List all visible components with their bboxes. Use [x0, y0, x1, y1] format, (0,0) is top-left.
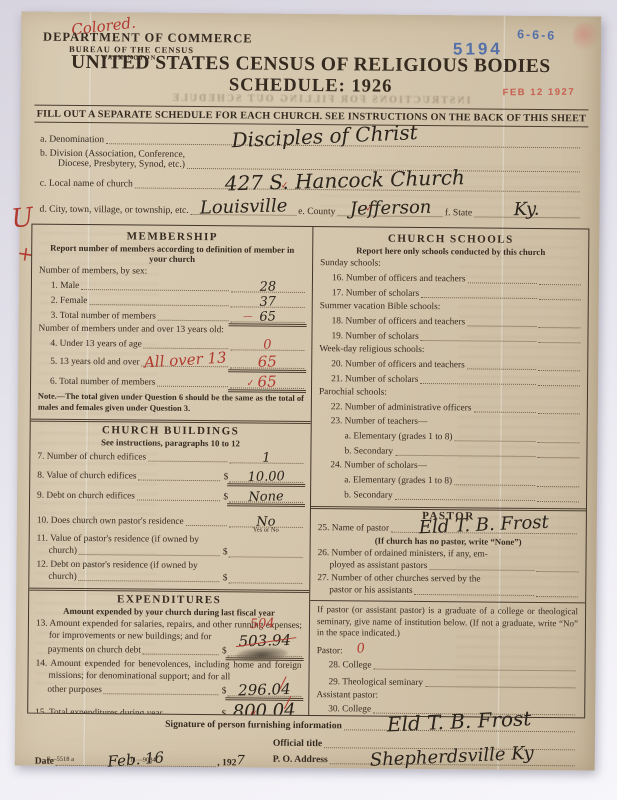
- q27-field: [536, 586, 578, 597]
- left-column: MEMBERSHIP Report number of members acco…: [28, 225, 313, 715]
- q2-value: 37: [259, 294, 276, 309]
- q27-label-tail: pastor or his assistants: [317, 585, 413, 596]
- q11-leader: [79, 546, 220, 556]
- q1-field: 28: [231, 281, 305, 293]
- q5-leader: All over 13: [142, 358, 229, 368]
- church-name-field: 427 S. Hancock Church ✓: [135, 179, 580, 192]
- q9-value: None: [248, 489, 284, 505]
- q23b-row: b. Secondary: [318, 445, 579, 458]
- summer-bible-label: Summer vacation Bible schools:: [320, 301, 581, 313]
- q11-field: [229, 546, 303, 558]
- q26-row: 26. Number of ordained ministers, if any…: [317, 548, 578, 572]
- q24a-row: a. Elementary (grades 1 to 8): [318, 474, 579, 487]
- q15-field: 800.04 ∕∕: [227, 708, 301, 715]
- signature-row: Signature of person furnishing informati…: [165, 719, 577, 734]
- grad-pastor-label: Pastor:: [317, 646, 343, 656]
- q23b-field: [537, 447, 579, 458]
- q11-row: 11. Value of pastor's residence (if owne…: [37, 534, 303, 558]
- q14-value: 296.04: [238, 680, 291, 699]
- q23-row: 23. Number of teachers—: [319, 416, 580, 428]
- city-label: d. City, town, village, or township, etc…: [40, 204, 189, 216]
- q24-label: 24. Number of scholars—: [318, 460, 427, 471]
- q9-row: 9. Debt on church edifices $ None: [37, 490, 303, 503]
- q24b-label: b. Secondary: [318, 490, 393, 501]
- denomination-label: a. Denomination: [40, 134, 104, 146]
- q19-leader: [421, 332, 537, 342]
- q13-red-note: 504: [250, 616, 275, 632]
- q19-row: 19. Number of scholars: [319, 330, 580, 343]
- q7-leader: [148, 453, 227, 463]
- q14-row: 14. Amount expended for benevolences, in…: [35, 658, 301, 696]
- q7-field: 1: [229, 452, 303, 464]
- q28-row: 28. College: [317, 660, 578, 672]
- q15-leader: [165, 708, 219, 715]
- state-label: f. State: [445, 207, 472, 218]
- q9-leader: [137, 492, 221, 502]
- grad-pastor-value: 0: [356, 641, 365, 657]
- q4-value: 0: [263, 338, 272, 353]
- q21-row: 21. Number of scholars: [319, 373, 580, 386]
- q4-leader: [144, 340, 229, 350]
- membership-subtitle: Report number of members according to de…: [45, 243, 299, 265]
- q26-field: [536, 561, 578, 572]
- q2-field: 37: [231, 296, 305, 308]
- red-smudge: [573, 22, 599, 52]
- q30-label: 30. College: [316, 704, 371, 714]
- q3-label: 3. Total number of members: [39, 311, 156, 322]
- q25-field: Eld T. B. Frost: [391, 524, 577, 535]
- q10-label: 10. Does church own pastor's residence: [37, 516, 184, 527]
- q13-leader: [143, 645, 219, 655]
- q28-label: 28. College: [317, 660, 372, 670]
- q15-row: 15. Total expenditures during year $ 800…: [35, 706, 301, 715]
- dollar-sign: $: [222, 646, 227, 656]
- q22-row: 22. Number of administrative officers: [319, 401, 580, 414]
- q19-label: 19. Number of scholars: [319, 331, 418, 342]
- q23-label: 23. Number of teachers—: [319, 416, 428, 427]
- membership-note: Note.—The total given under Question 6 s…: [38, 392, 304, 415]
- q14-field: 296.04: [227, 685, 301, 697]
- q26-leader: [429, 561, 534, 571]
- red-double-tick: ∕∕: [249, 708, 280, 715]
- schools-title: CHURCH SCHOOLS: [320, 232, 581, 246]
- q7-value: 1: [262, 451, 271, 466]
- q20-field: [538, 360, 580, 371]
- q10-leader: [186, 517, 227, 526]
- state-field: Ky.: [474, 208, 580, 218]
- q13-row: 13. Amount expended for salaries, repair…: [36, 619, 302, 657]
- dollar-sign: $: [221, 709, 226, 715]
- division-label-2: Diocese, Presbytery, Synod, etc.): [58, 158, 185, 170]
- denomination-field: Disciples of Christ: [106, 135, 580, 148]
- q2-female-row: 2. Female 37: [39, 295, 305, 308]
- q23a-field: [538, 432, 580, 443]
- q18-row: 18. Number of officers and teachers: [320, 315, 581, 328]
- graduate-paragraph: If pastor (or assistant pastor) is a gra…: [317, 604, 578, 641]
- schools-subtitle: Report here only schools conducted by th…: [326, 245, 575, 257]
- city-value: Louisville: [199, 195, 287, 218]
- members-by-sex-label: Number of members, by sex:: [39, 266, 305, 278]
- q16-field: [539, 274, 581, 285]
- received-date-stamp: FEB 12 1927: [503, 87, 576, 99]
- q27-row: 27. Number of other churches served by t…: [317, 573, 578, 597]
- po-address-field: Shepherdsville Ky: [330, 755, 575, 766]
- date-year-value: 7: [236, 753, 244, 768]
- q13-field: 504 503.94: [228, 645, 302, 657]
- q18-label: 18. Number of officers and teachers: [320, 316, 466, 327]
- q1-label: 1. Male: [39, 281, 79, 291]
- q8-row: 8. Value of church edifices $ 10.00: [37, 470, 303, 483]
- yes-or-no-caption: Yes or No: [229, 526, 303, 534]
- red-check: ✓: [246, 377, 287, 389]
- q3-total-row: 3. Total number of members 65 —: [39, 310, 305, 323]
- q1-male-row: 1. Male 28: [39, 280, 305, 293]
- q12-label-tail: church): [36, 572, 76, 582]
- q3-leader: [158, 312, 229, 322]
- dollar-sign: $: [223, 547, 228, 557]
- q15-label: 15. Total expenditures during year: [35, 707, 163, 715]
- q5-value: 65: [257, 352, 277, 370]
- q5-over13-row: 5. 13 years old and over All over 13 65: [38, 356, 304, 369]
- q5-label: 5. 13 years old and over: [38, 357, 139, 368]
- q8-label: 8. Value of church edifices: [37, 471, 136, 482]
- q7-row: 7. Number of church edifices 1: [37, 451, 303, 464]
- state-value: Ky.: [514, 199, 540, 221]
- q22-label: 22. Number of administrative officers: [319, 402, 472, 413]
- q20-row: 20. Number of officers and teachers: [319, 358, 580, 371]
- q17-row: 17. Number of scholars: [320, 287, 581, 300]
- q12-leader: [79, 572, 220, 582]
- row-church-name: c. Local name of church 427 S. Hancock C…: [40, 178, 582, 194]
- q24-row: 24. Number of scholars—: [318, 460, 579, 472]
- q14-leader: [104, 685, 219, 695]
- row-denomination: a. Denomination Disciples of Christ: [40, 134, 582, 150]
- q18-leader: [467, 317, 537, 327]
- main-form-box: MEMBERSHIP Report number of members acco…: [27, 224, 589, 719]
- form-code-2: 11—9084: [130, 756, 156, 763]
- q25-row: 25. Name of pastor Eld T. B. Frost: [318, 523, 579, 535]
- q23b-leader: [395, 447, 536, 457]
- q9-field: None: [229, 491, 303, 503]
- signature-value: Eld T. B. Frost: [387, 706, 532, 736]
- signature-field: Eld T. B. Frost: [344, 721, 575, 732]
- q21-leader: [420, 375, 536, 385]
- q14-label-tail: other purposes: [35, 684, 102, 695]
- q5-overlay-note: All over 13: [143, 348, 227, 371]
- q19-field: [538, 332, 580, 343]
- q8-leader: [138, 472, 220, 482]
- q20-leader: [467, 360, 537, 370]
- q12-row: 12. Debt on pastor's residence (if owned…: [36, 560, 302, 584]
- q24b-field: [537, 491, 579, 502]
- section-rule: [310, 600, 585, 603]
- q6-total-row: 6. Total number of members 65 ✓: [38, 376, 304, 389]
- q3-field: 65 —: [231, 311, 305, 323]
- red-check: ✓: [365, 202, 416, 214]
- q7-label: 7. Number of church edifices: [37, 452, 146, 463]
- q12-field: [228, 572, 302, 584]
- dollar-sign: $: [223, 492, 228, 502]
- q25-value: Eld T. B. Frost: [419, 512, 550, 539]
- q4-under13-row: 4. Under 13 years of age 0: [38, 338, 304, 351]
- q17-label: 17. Number of scholars: [320, 288, 419, 299]
- dollar-sign: $: [222, 686, 227, 696]
- form-codes: 8—5518 a 11—9084: [47, 756, 156, 764]
- signature-label: Signature of person furnishing informati…: [165, 719, 342, 732]
- q17-leader: [421, 289, 537, 299]
- q8-value: 10.00: [247, 469, 285, 485]
- q28-field: [373, 660, 575, 671]
- weekday-label: Week-day religious schools:: [319, 344, 580, 356]
- q2-leader: [89, 296, 228, 306]
- code-stamp: 6-6-6: [517, 27, 557, 43]
- date-printed: , 192: [217, 757, 236, 768]
- q6-label: 6. Total number of members: [38, 377, 155, 388]
- q25-label: 25. Name of pastor: [318, 523, 389, 534]
- q23a-label: a. Elementary (grades 1 to 8): [319, 431, 453, 442]
- grad-pastor-row: Pastor: 0: [317, 641, 578, 658]
- q1-leader: [81, 281, 229, 291]
- sunday-schools-label: Sunday schools:: [320, 258, 581, 270]
- q9-label: 9. Debt on church edifices: [37, 491, 135, 502]
- county-label: e. County: [298, 206, 335, 217]
- city-field: Louisville: [191, 206, 297, 216]
- q24b-leader: [395, 491, 536, 501]
- census-form-paper: INSTRUCTIONS FOR FILLING OUT SCHEDULE U …: [15, 11, 602, 770]
- q16-leader: [468, 274, 538, 284]
- q6-leader: [157, 378, 228, 388]
- right-column: CHURCH SCHOOLS Report here only schools …: [309, 227, 588, 717]
- q5-field: 65: [230, 357, 304, 369]
- assistant-pastor-label: Assistant pastor:: [316, 690, 577, 702]
- q24a-field: [537, 476, 579, 487]
- q11-label-tail: church): [37, 546, 77, 556]
- q26-label-tail: ployed as assistant pastors: [317, 560, 427, 571]
- q1-value: 28: [259, 279, 276, 294]
- q22-field: [538, 403, 580, 414]
- q17-field: [539, 289, 581, 300]
- q27-leader: [415, 586, 535, 596]
- po-address-label: P. O. Address: [273, 754, 328, 765]
- q23a-leader: [454, 432, 535, 442]
- official-title-label: Official title: [273, 738, 322, 749]
- church-name-label: c. Local name of church: [40, 178, 133, 190]
- q29-label: 29. Theological seminary: [316, 677, 423, 688]
- dollar-sign: $: [223, 573, 228, 583]
- row-city-county-state: d. City, town, village, or township, etc…: [40, 204, 582, 220]
- q24a-leader: [454, 476, 535, 486]
- buildings-subtitle: See instructions, paragraphs 10 to 12: [44, 437, 298, 449]
- q4-label: 4. Under 13 years of age: [38, 339, 141, 350]
- expenditures-title: EXPENDITURES: [36, 593, 302, 607]
- q6-field: 65 ✓: [230, 377, 304, 389]
- po-address-row: P. O. Address Shepherdsville Ky: [273, 754, 577, 768]
- q29-field: [425, 678, 575, 688]
- q24a-label: a. Elementary (grades 1 to 8): [318, 475, 452, 486]
- denomination-value: Disciples of Christ: [231, 120, 418, 152]
- buildings-title: CHURCH BUILDINGS: [38, 424, 304, 438]
- form-code-1: 8—5518 a: [47, 756, 74, 763]
- q16-row: 16. Number of officers and teachers: [320, 272, 581, 285]
- q2-label: 2. Female: [39, 296, 88, 306]
- q10-row: 10. Does church own pastor's residence N…: [37, 515, 303, 528]
- membership-title: MEMBERSHIP: [39, 230, 305, 244]
- q23a-row: a. Elementary (grades 1 to 8): [319, 430, 580, 443]
- q23b-label: b. Secondary: [318, 446, 393, 457]
- parochial-label: Parochial schools:: [319, 387, 580, 399]
- q24b-row: b. Secondary: [318, 489, 579, 502]
- q8-field: 10.00: [229, 471, 303, 483]
- q18-field: [539, 317, 581, 328]
- q20-label: 20. Number of officers and teachers: [319, 359, 465, 370]
- county-field: Jefferson ✓: [337, 207, 443, 217]
- q21-label: 21. Number of scholars: [319, 374, 418, 385]
- q29-row: 29. Theological seminary: [316, 677, 577, 689]
- dollar-sign: $: [224, 472, 229, 482]
- q16-label: 16. Number of officers and teachers: [320, 273, 466, 284]
- q10-field: No Yes or No: [229, 516, 303, 528]
- q4-field: 0: [230, 339, 304, 351]
- q13-label-tail: payments on church debt: [36, 644, 141, 655]
- red-dash: —: [243, 310, 292, 322]
- q21-field: [538, 375, 580, 386]
- q22-leader: [473, 403, 536, 413]
